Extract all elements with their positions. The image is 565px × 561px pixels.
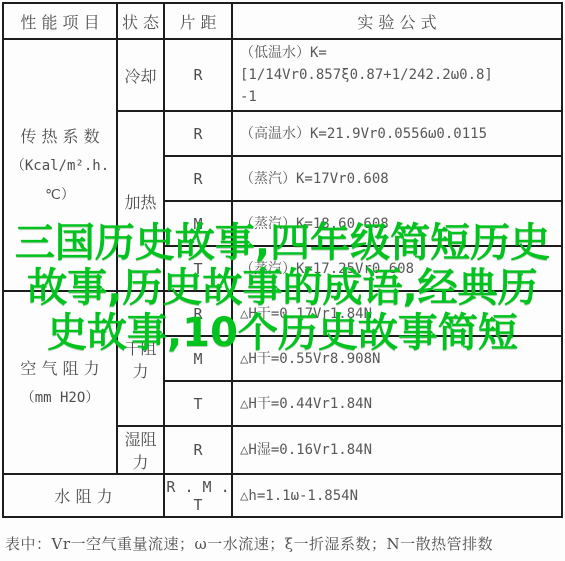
formula-cell: △H干=0.55Vr8.908N [232,336,562,381]
pitch-cell: M [164,336,232,381]
table-row: 水 阻 力 R . M . T △h=1.1ω-1.854N [3,474,562,517]
pitch-cell: R [164,291,232,336]
table-row: 传 热 系 数 （Kcal/m².h. ℃） 冷却 R （低温水）K=[1/14… [3,39,562,111]
air-resistance-title: 空 气 阻 力 [4,353,116,384]
formula-line-1: （低温水）K=[1/14Vr0.857ξ0.87+1/242.2ω0.8] [240,42,557,86]
table-header-row: 性 能 项 目 状 态 片 距 实 验 公 式 [3,3,562,39]
heat-transfer-unit-2: ℃） [4,181,116,210]
formula-cell: （蒸汽）K=17Vr0.608 [232,156,562,201]
pitch-cell: R [164,39,232,111]
header-performance-item: 性 能 项 目 [3,3,117,39]
table-footnote: 表中：Vr一空气重量流速；ω一水流速；ξ一折湿系数；N一散热管排数 [5,533,561,554]
pitch-cell: R [164,111,232,156]
state-cooling: 冷却 [117,39,164,111]
section-label-water-resistance: 水 阻 力 [3,474,164,517]
formula-line-2: -1 [240,86,557,108]
heat-transfer-unit-1: （Kcal/m².h. [4,152,116,181]
section-label-air-resistance: 空 气 阻 力 （mm H2O） [3,291,117,474]
air-resistance-unit: （mm H2O） [4,384,116,413]
formula-cell: △H干=0.17Vr1.84N [232,291,562,336]
pitch-cell: R [164,426,232,474]
state-heating: 加热 [117,111,164,291]
header-state: 状 态 [117,3,164,39]
formula-cell: △h=1.1ω-1.854N [232,474,562,517]
formula-cell: （低温水）K=[1/14Vr0.857ξ0.87+1/242.2ω0.8] -1 [232,39,562,111]
formula-cell: （高温水）K=21.9Vr0.0556ω0.0115 [232,111,562,156]
heat-transfer-title: 传 热 系 数 [4,121,116,152]
pitch-cell: T [164,381,232,426]
pitch-cell: M [164,201,232,246]
state-wet-resistance: 湿阻力 [117,426,164,474]
header-pitch: 片 距 [164,3,232,39]
pitch-cell: R . M . T [164,474,232,517]
state-dry-resistance: 干阻力 [117,291,164,426]
pitch-cell: R [164,156,232,201]
performance-table: 性 能 项 目 状 态 片 距 实 验 公 式 传 热 系 数 （Kcal/m²… [2,2,563,518]
pitch-cell: T [164,246,232,291]
formula-cell: （蒸汽）K=18.60.608 [232,201,562,246]
formula-cell: （蒸汽）K=17.25Vr0.608 [232,246,562,291]
section-label-heat-transfer: 传 热 系 数 （Kcal/m².h. ℃） [3,39,117,291]
formula-cell: △H湿=0.16Vr1.84N [232,426,562,474]
table-row: 空 气 阻 力 （mm H2O） 干阻力 R △H干=0.17Vr1.84N [3,291,562,336]
formula-cell: △H干=0.44Vr1.84N [232,381,562,426]
header-formula: 实 验 公 式 [232,3,562,39]
